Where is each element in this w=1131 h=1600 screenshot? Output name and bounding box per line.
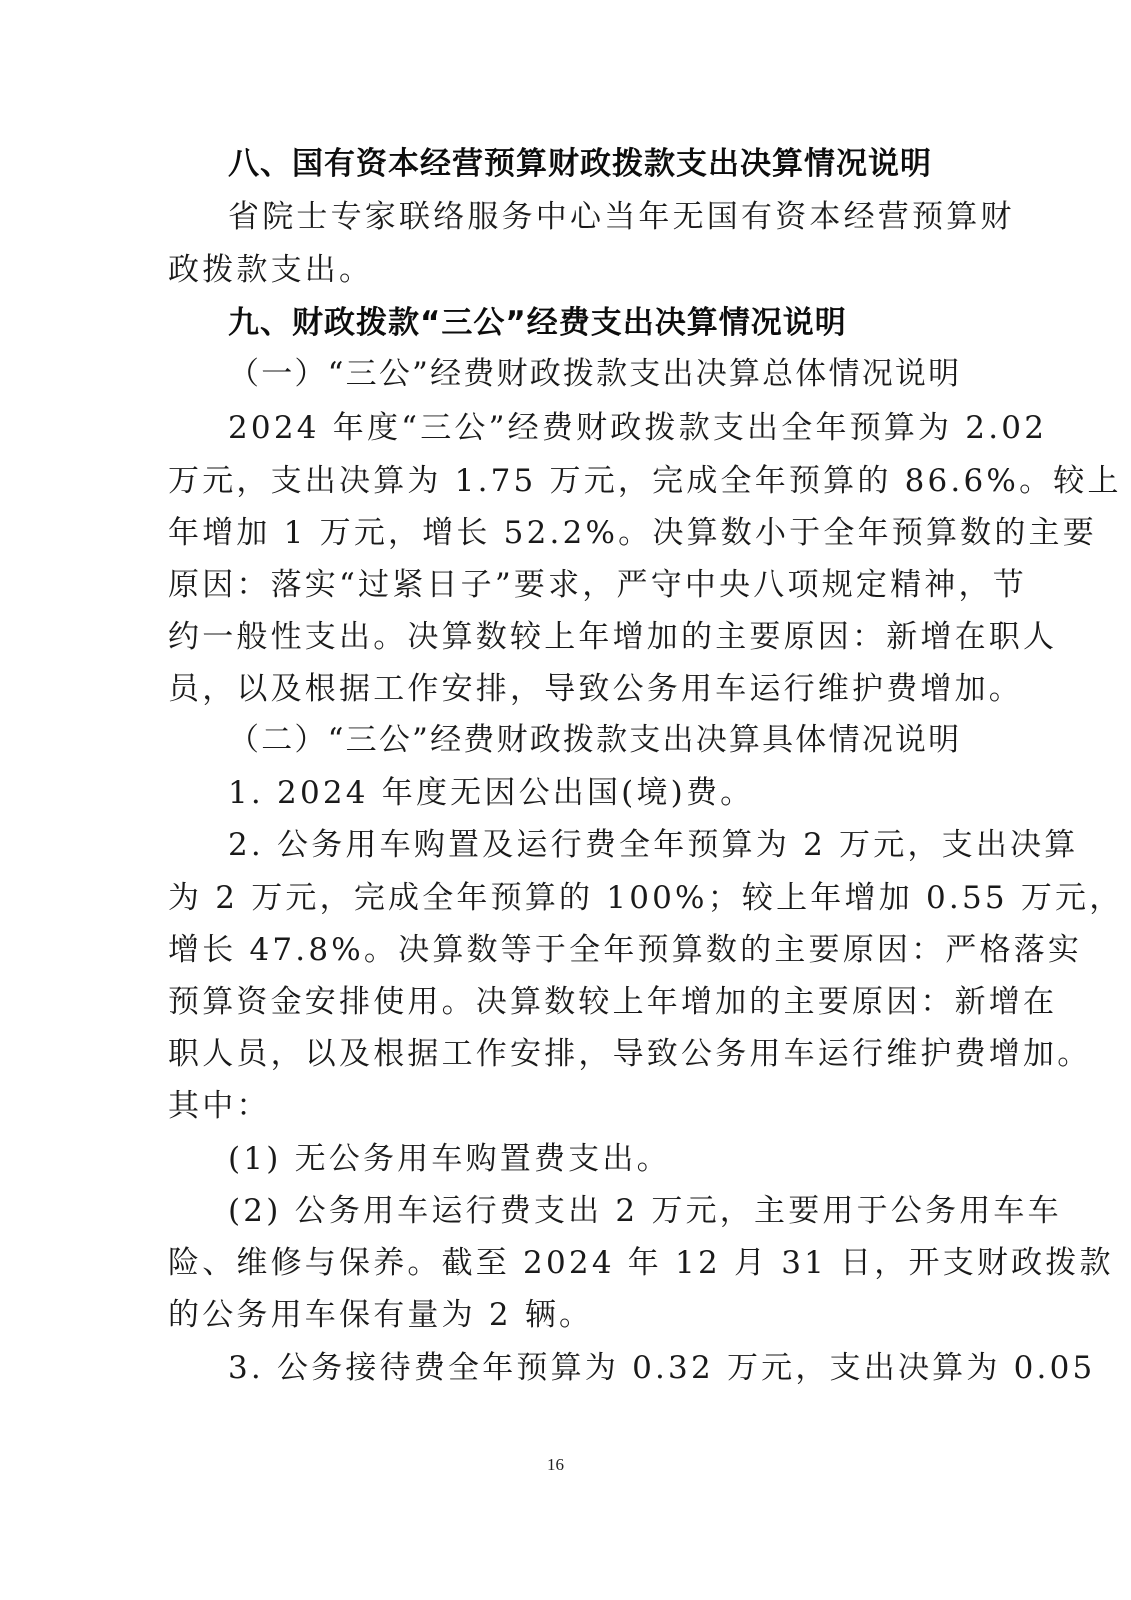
item-1: 1. 2024 年度无因公出国(境)费。 bbox=[228, 767, 948, 819]
subsection-1-body-line: 员，以及根据工作安排，导致公务用车运行维护费增加。 bbox=[168, 663, 948, 715]
subsection-1-heading: （一）“三公”经费财政拨款支出决算总体情况说明 bbox=[228, 348, 1008, 400]
item-2-line: 增长 47.8%。决算数等于全年预算数的主要原因：严格落实 bbox=[168, 924, 948, 976]
item-2-sub-2-line: 的公务用车保有量为 2 辆。 bbox=[168, 1289, 948, 1341]
subsection-2-heading: （二）“三公”经费财政拨款支出决算具体情况说明 bbox=[228, 714, 1008, 766]
section-8-body-line: 政拨款支出。 bbox=[168, 244, 948, 296]
item-2-line: 其中： bbox=[168, 1080, 948, 1132]
section-8-body-line: 省院士专家联络服务中心当年无国有资本经营预算财 bbox=[228, 191, 948, 243]
item-2-line: 职人员，以及根据工作安排，导致公务用车运行维护费增加。 bbox=[168, 1028, 948, 1080]
subsection-1-body-line: 约一般性支出。决算数较上年增加的主要原因：新增在职人 bbox=[168, 611, 948, 663]
section-9-heading: 九、财政拨款“三公”经费支出决算情况说明 bbox=[228, 297, 948, 349]
subsection-1-body-line: 年增加 1 万元，增长 52.2%。决算数小于全年预算数的主要 bbox=[168, 507, 948, 559]
subsection-1-body-line: 原因：落实“过紧日子”要求，严守中央八项规定精神，节 bbox=[168, 559, 948, 611]
item-2-line: 2. 公务用车购置及运行费全年预算为 2 万元，支出决算 bbox=[228, 819, 948, 871]
subsection-1-body-line: 2024 年度“三公”经费财政拨款支出全年预算为 2.02 bbox=[228, 402, 948, 454]
item-3-line: 3. 公务接待费全年预算为 0.32 万元，支出决算为 0.05 bbox=[228, 1342, 948, 1394]
item-2-sub-2-line: 险、维修与保养。截至 2024 年 12 月 31 日，开支财政拨款 bbox=[168, 1237, 948, 1289]
item-2-sub-2-line: (2) 公务用车运行费支出 2 万元，主要用于公务用车车 bbox=[228, 1185, 948, 1237]
item-2-line: 为 2 万元，完成全年预算的 100%；较上年增加 0.55 万元， bbox=[168, 872, 948, 924]
item-2-sub-1: (1) 无公务用车购置费支出。 bbox=[228, 1133, 948, 1185]
document-page: 八、国有资本经营预算财政拨款支出决算情况说明 省院士专家联络服务中心当年无国有资… bbox=[0, 0, 1131, 1600]
subsection-1-body-line: 万元，支出决算为 1.75 万元，完成全年预算的 86.6%。较上 bbox=[168, 455, 948, 507]
page-number: 16 bbox=[0, 1455, 1111, 1475]
item-2-line: 预算资金安排使用。决算数较上年增加的主要原因：新增在 bbox=[168, 976, 948, 1028]
section-8-heading: 八、国有资本经营预算财政拨款支出决算情况说明 bbox=[228, 138, 948, 190]
